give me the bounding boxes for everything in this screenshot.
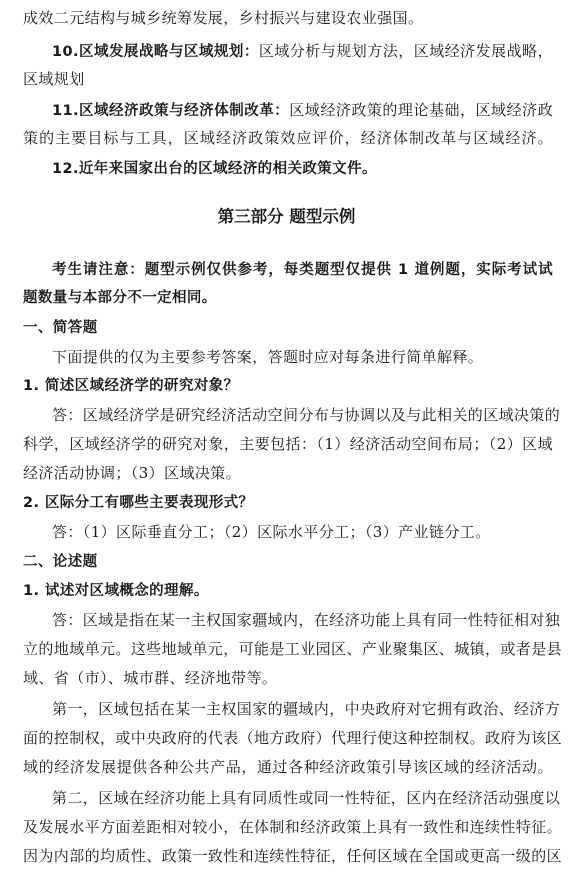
answer-line: 经济活动协调；（3）区域决策。 — [23, 463, 553, 483]
essay-question-1: 1. 试述对区域概念的理解。 — [23, 581, 553, 601]
item-heading: 11.区域经济政策与经济体制改革： — [52, 103, 289, 119]
answer-line: 及发展水平方面差距相对较小，在体制和经济政策上具有一致性和连续性特征。 — [23, 817, 553, 837]
text-line: 成效二元结构与城乡统筹发展，乡村振兴与建设农业强国。 — [23, 8, 553, 28]
syllabus-item-11: 11.区域经济政策与经济体制改革：区域经济政策的理论基础，区域经济政 — [52, 100, 553, 121]
text-line: 策的主要目标与工具，区域经济政策效应评价，经济体制改革与区域经济。 — [23, 128, 553, 148]
section-intro: 下面提供的仅为主要参考答案，答题时应对每条进行简单解释。 — [52, 347, 553, 367]
syllabus-item-12: 12.近年来国家出台的区域经济的相关政策文件。 — [52, 159, 553, 179]
part-title: 第三部分 题型示例 — [0, 206, 573, 228]
answer-line: 第一，区域包括在某一主权国家的疆域内，中央政府对它拥有政治、经济方 — [52, 699, 553, 719]
answer-line: 答：区域经济学是研究经济活动空间分布与协调以及与此相关的区域决策的 — [52, 405, 553, 425]
question-2: 2. 区际分工有哪些主要表现形式？ — [23, 493, 553, 513]
answer-line: 域的经济发展提供各种公共产品，通过各种经济政策引导该区域的经济活动。 — [23, 757, 553, 777]
item-body: 区域分析与规划方法，区域经济发展战略， — [259, 42, 553, 60]
answer-line: 因为内部的均质性、政策一致性和连续性特征，任何区域在全国或更高一级的区 — [23, 846, 553, 866]
answer-line: 立的地域单元。这些地域单元，可能是工业园区、产业聚集区、城镇，或者是县 — [23, 639, 553, 659]
text-line: 区域规划 — [23, 69, 553, 89]
notice-line-1: 考生请注意：题型示例仅供参考，每类题型仅提供 1 道例题，实际考试试 — [52, 260, 553, 280]
answer-line: 答：（1）区际垂直分工；（2）区际水平分工；（3）产业链分工。 — [52, 522, 553, 542]
question-1: 1. 简述区域经济学的研究对象？ — [23, 376, 553, 396]
answer-line: 域、省（市）、城市群、经济地带等。 — [23, 668, 553, 688]
answer-line: 第二，区域在经济功能上具有同质性或同一性特征，区内在经济活动强度以 — [52, 788, 553, 808]
document-page: 成效二元结构与城乡统筹发展，乡村振兴与建设农业强国。 10.区域发展战略与区域规… — [0, 0, 573, 876]
item-heading: 10.区域发展战略与区域规划： — [52, 44, 259, 60]
syllabus-item-10: 10.区域发展战略与区域规划：区域分析与规划方法，区域经济发展战略， — [52, 41, 553, 62]
notice-line-2: 题数量与本部分不一定相同。 — [23, 288, 553, 308]
answer-line: 面的控制权，或中央政府的代表（地方政府）代理行使这种控制权。政府为该区 — [23, 728, 553, 748]
section-heading-essay: 二、论述题 — [23, 552, 553, 572]
answer-line: 科学，区域经济学的研究对象，主要包括：（1）经济活动空间布局；（2）区域 — [23, 434, 553, 454]
answer-line: 答：区域是指在某一主权国家疆域内，在经济功能上具有同一性特征相对独 — [52, 610, 553, 630]
item-body: 区域经济政策的理论基础，区域经济政 — [289, 101, 553, 119]
section-heading-short-answer: 一、简答题 — [23, 318, 553, 338]
